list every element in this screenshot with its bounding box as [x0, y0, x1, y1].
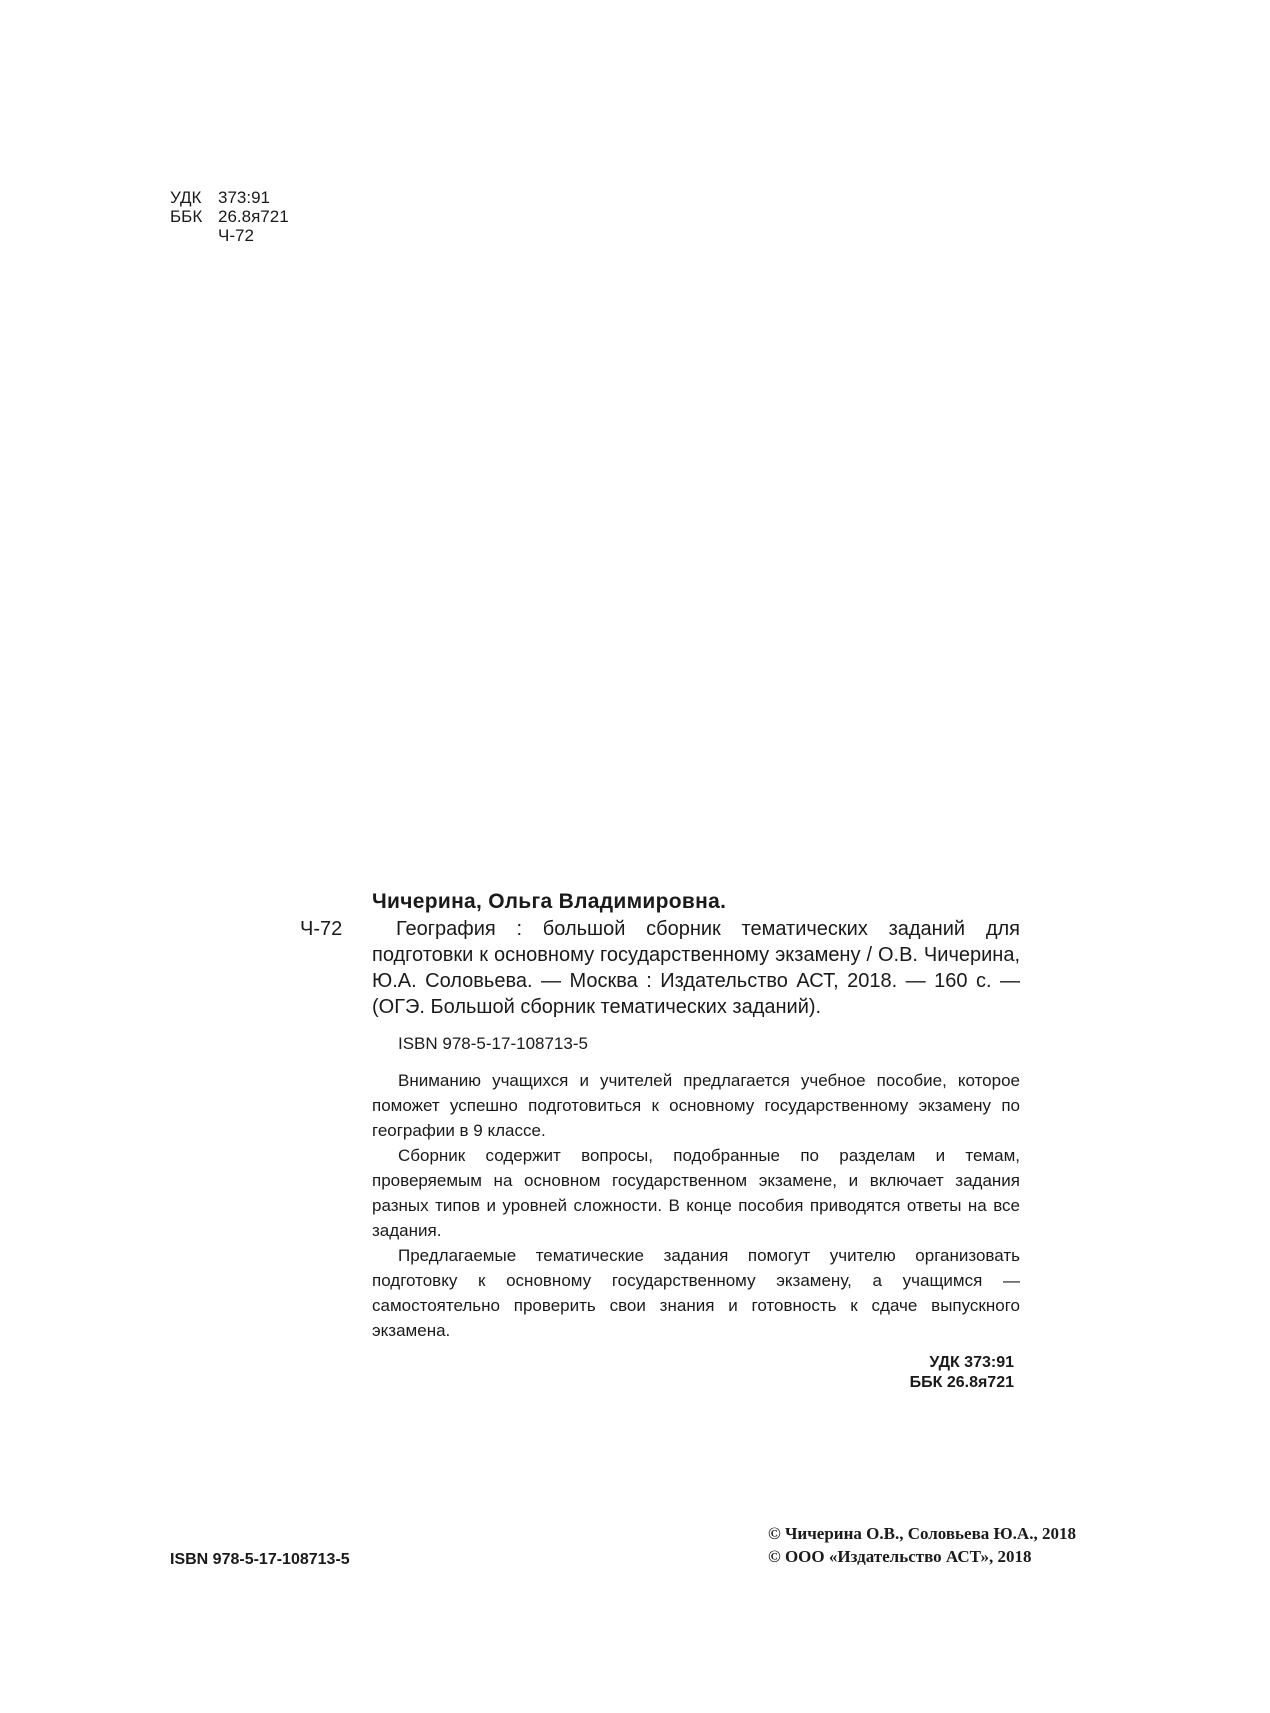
annotation-paragraph: Предлагаемые тематические задания помогу… — [372, 1243, 1020, 1343]
udk-label: УДК — [170, 188, 218, 207]
annotation: Вниманию учащихся и учителей предлагаетс… — [372, 1068, 1020, 1343]
card-bbk: ББК 26.8я721 — [300, 1373, 1014, 1393]
copyright-line: © Чичерина О.В., Соловьева Ю.А., 2018 — [768, 1522, 1076, 1545]
author-heading: Чичерина, Ольга Владимировна. — [372, 890, 1020, 914]
udk-value: 373:91 — [218, 188, 270, 207]
classification-codes: УДК373:91 ББК26.8я721 Ч-72 — [170, 188, 289, 245]
bbk-value: 26.8я721 — [218, 207, 289, 226]
annotation-paragraph: Вниманию учащихся и учителей предлагаетс… — [372, 1068, 1020, 1143]
card-isbn: ISBN 978-5-17-108713-5 — [398, 1034, 1020, 1054]
bibliographic-description: География : большой сборник тематических… — [372, 916, 1020, 1020]
footer-isbn: ISBN 978-5-17-108713-5 — [170, 1551, 350, 1569]
card-codes: УДК 373:91 ББК 26.8я721 — [300, 1353, 1020, 1393]
annotation-paragraph: Сборник содержит вопросы, подобранные по… — [372, 1143, 1020, 1243]
bbk-label: ББК — [170, 207, 218, 226]
copyright-line: © ООО «Издательство АСТ», 2018 — [768, 1545, 1076, 1568]
card-author-mark: Ч-72 — [300, 916, 372, 1020]
author-mark: Ч-72 — [218, 226, 254, 245]
catalog-card: Чичерина, Ольга Владимировна. Ч-72 Геогр… — [300, 890, 1020, 1393]
card-udk: УДК 373:91 — [300, 1353, 1014, 1373]
copyright-block: © Чичерина О.В., Соловьева Ю.А., 2018 © … — [768, 1522, 1076, 1568]
